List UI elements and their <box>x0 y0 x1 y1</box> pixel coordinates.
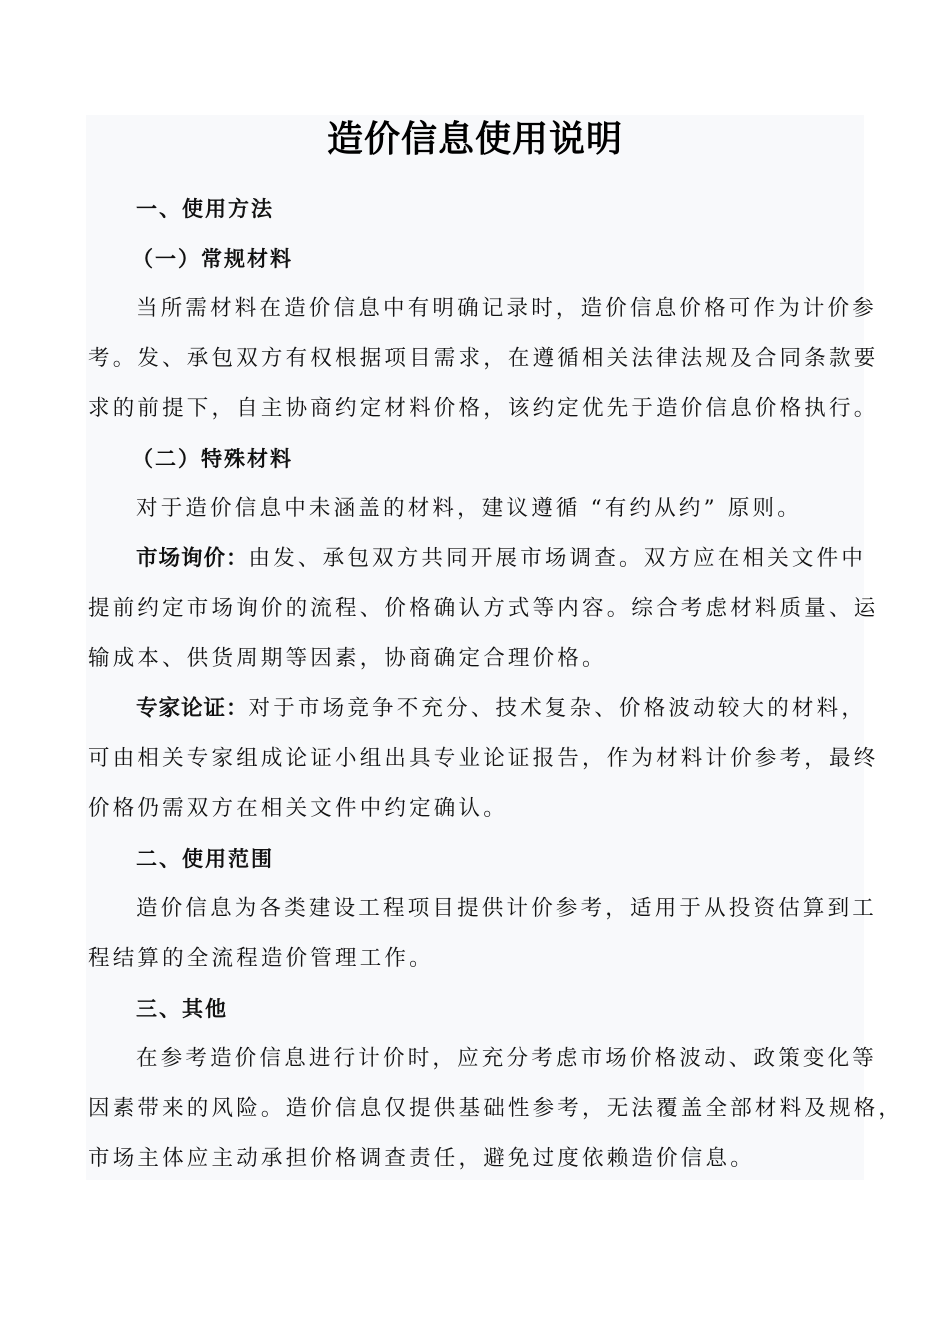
paragraph-line: 可由相关专家组成论证小组出具专业论证报告，作为材料计价参考，最终 <box>88 744 864 774</box>
paragraph-line: 市场主体应主动承担价格调查责任，避免过度依赖造价信息。 <box>88 1144 864 1174</box>
subsection-heading-special-materials: （二）特殊材料 <box>132 444 860 474</box>
section-heading-usage-method: 一、使用方法 <box>136 194 864 224</box>
paragraph-line: 输成本、供货周期等因素，协商确定合理价格。 <box>88 644 864 674</box>
paragraph-line: 提前约定市场询价的流程、价格确认方式等内容。综合考虑材料质量、运 <box>88 594 864 624</box>
market-inquiry-label: 市场询价： <box>136 546 249 571</box>
paragraph-line: 求的前提下，自主协商约定材料价格，该约定优先于造价信息价格执行。 <box>88 394 864 424</box>
paragraph-line: 造价信息为各类建设工程项目提供计价参考，适用于从投资估算到工 <box>136 894 864 924</box>
expert-review-label: 专家论证： <box>136 696 249 721</box>
document-title: 造价信息使用说明 <box>0 118 950 162</box>
paragraph-line: 在参考造价信息进行计价时，应充分考虑市场价格波动、政策变化等 <box>136 1044 864 1074</box>
paragraph-text: 由发、承包双方共同开展市场调查。双方应在相关文件中 <box>249 546 867 571</box>
paragraph-line: 当所需材料在造价信息中有明确记录时，造价信息价格可作为计价参 <box>136 294 864 324</box>
subsection-heading-regular-materials: （一）常规材料 <box>132 244 860 274</box>
expert-review-paragraph: 专家论证：对于市场竞争不充分、技术复杂、价格波动较大的材料， <box>136 694 864 724</box>
paragraph-line: 因素带来的风险。造价信息仅提供基础性参考，无法覆盖全部材料及规格， <box>88 1094 864 1124</box>
paragraph-line: 考。发、承包双方有权根据项目需求，在遵循相关法律法规及合同条款要 <box>88 344 864 374</box>
section-heading-usage-scope: 二、使用范围 <box>136 844 864 874</box>
paragraph-line: 对于造价信息中未涵盖的材料，建议遵循 “有约从约” 原则。 <box>136 494 864 524</box>
paragraph-line: 程结算的全流程造价管理工作。 <box>88 944 864 974</box>
paragraph-text: 对于市场竞争不充分、技术复杂、价格波动较大的材料， <box>249 696 867 721</box>
paragraph-line: 价格仍需双方在相关文件中约定确认。 <box>88 794 864 824</box>
section-heading-other: 三、其他 <box>136 994 864 1024</box>
market-inquiry-paragraph: 市场询价：由发、承包双方共同开展市场调查。双方应在相关文件中 <box>136 544 864 574</box>
